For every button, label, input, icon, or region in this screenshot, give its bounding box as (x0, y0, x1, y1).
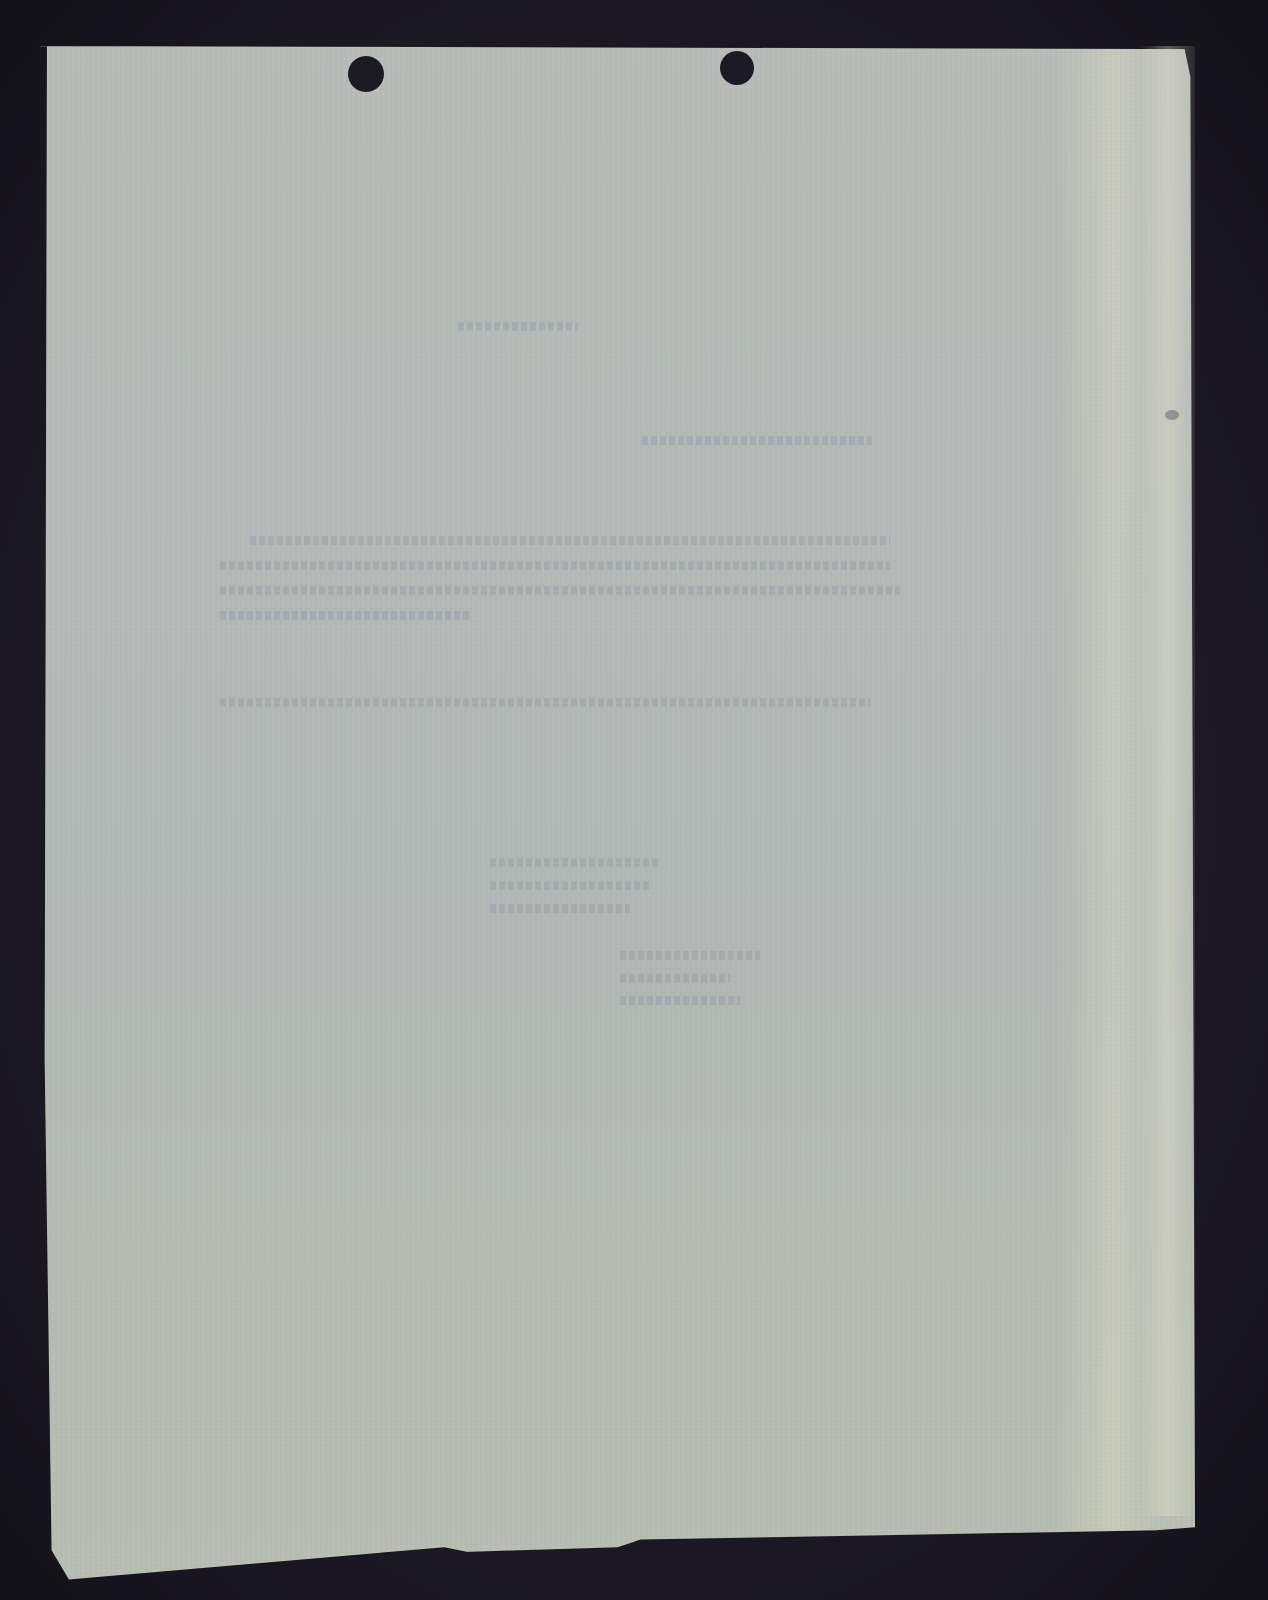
ghost-line (642, 436, 872, 445)
ghost-line (490, 858, 660, 867)
ghost-line (220, 586, 900, 595)
ghost-line (250, 536, 890, 545)
ghost-line (220, 561, 890, 570)
ghost-line (620, 974, 730, 983)
punch-hole (720, 51, 754, 85)
paper-sheet (40, 46, 1195, 1581)
ghost-line (490, 881, 650, 890)
ghost-line (620, 951, 760, 960)
ghost-line (458, 322, 578, 331)
ink-smudge (1165, 410, 1179, 420)
punch-hole (348, 56, 384, 92)
ghost-line (490, 904, 630, 913)
ghost-line (220, 611, 470, 620)
ghost-line (620, 996, 740, 1005)
ghost-line (220, 698, 870, 707)
